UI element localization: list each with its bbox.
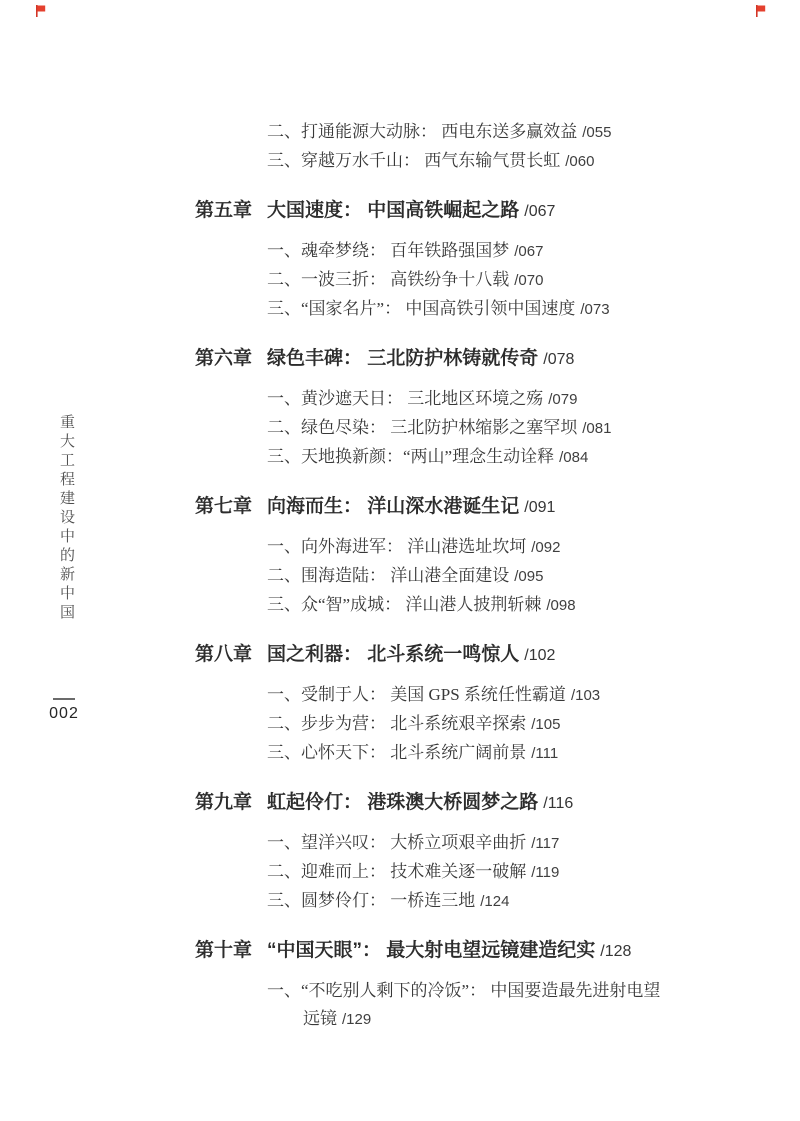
chapter-heading: 第五章大国速度： 中国高铁崛起之路/067 [195,198,661,225]
toc-subitem: 一、魂牵梦绕： 百年铁路强国梦/067 [195,237,661,266]
toc-subitem: 二、迎难而上： 技术难关逐一破解/119 [195,858,661,887]
chapter-heading: 第七章向海而生： 洋山深水港诞生记/091 [195,494,661,521]
subitem-title: 一、“不吃别人剩下的冷饭”： 中国要造最先进射电望远镜 [267,981,660,1028]
chapter-title: 绿色丰碑： 三北防护林铸就传奇 [267,346,538,372]
toc-chapter: 第六章绿色丰碑： 三北防护林铸就传奇/078 一、黄沙遮天日： 三北地区环境之殇… [195,346,661,472]
subitem-page-number: /124 [480,893,509,910]
subitem-title: 一、向外海进军： 洋山港选址坎坷 [267,537,526,556]
subitem-page-number: /092 [531,539,560,556]
chapter-title: 虹起伶仃： 港珠澳大桥圆梦之路 [267,790,538,816]
table-of-contents: 二、打通能源大动脉： 西电东送多赢效益/055三、穿越万水千山： 西气东输气贯长… [195,118,661,1034]
subitem-page-number: /129 [342,1011,371,1028]
subitem-title: 二、围海造陆： 洋山港全面建设 [267,566,509,585]
chapter-heading: 第六章绿色丰碑： 三北防护林铸就传奇/078 [195,346,661,373]
subitem-title: 一、望洋兴叹： 大桥立项艰辛曲折 [267,833,526,852]
chapter-label: 第八章 [195,642,267,668]
toc-subitem: 二、步步为营： 北斗系统艰辛探索/105 [195,710,661,739]
chapter-page-number: /102 [524,643,555,669]
toc-subitem: 三、“国家名片”： 中国高铁引领中国速度/073 [195,295,661,324]
subitem-title: 一、黄沙遮天日： 三北地区环境之殇 [267,389,543,408]
subitem-title: 三、心怀天下： 北斗系统广阔前景 [267,743,526,762]
chapter-page-number: /128 [600,939,631,965]
subitem-title: 三、“国家名片”： 中国高铁引领中国速度 [267,299,575,318]
toc-subitem: 二、打通能源大动脉： 西电东送多赢效益/055 [195,118,661,147]
toc-subitem: 一、黄沙遮天日： 三北地区环境之殇/079 [195,385,661,414]
page-number-block: 002 [48,698,80,723]
chapter-items: 一、黄沙遮天日： 三北地区环境之殇/079二、绿色尽染： 三北防护林缩影之塞罕坝… [195,385,661,472]
subitem-title: 三、众“智”成城： 洋山港人披荆斩棘 [267,595,541,614]
chapter-label: 第七章 [195,494,267,520]
subitem-page-number: /055 [582,124,611,141]
toc-chapter: 第九章虹起伶仃： 港珠澳大桥圆梦之路/116 一、望洋兴叹： 大桥立项艰辛曲折/… [195,790,661,916]
toc-subitem: 三、心怀天下： 北斗系统广阔前景/111 [195,739,661,768]
subitem-title: 三、圆梦伶仃： 一桥连三地 [267,891,475,910]
subitem-page-number: /105 [531,716,560,733]
toc-leading-items: 二、打通能源大动脉： 西电东送多赢效益/055三、穿越万水千山： 西气东输气贯长… [195,118,661,176]
chapter-label: 第六章 [195,346,267,372]
toc-subitem: 一、“不吃别人剩下的冷饭”： 中国要造最先进射电望远镜/129 [195,977,661,1034]
page-number: 002 [49,705,79,722]
chapter-items: 一、魂牵梦绕： 百年铁路强国梦/067二、一波三折： 高铁纷争十八载/070三、… [195,237,661,324]
toc-chapters: 第五章大国速度： 中国高铁崛起之路/067 一、魂牵梦绕： 百年铁路强国梦/06… [195,198,661,1034]
toc-subitem: 二、绿色尽染： 三北防护林缩影之塞罕坝/081 [195,414,661,443]
chapter-page-number: /116 [543,791,573,817]
chapter-items: 一、向外海进军： 洋山港选址坎坷/092二、围海造陆： 洋山港全面建设/095三… [195,533,661,620]
toc-chapter: 第五章大国速度： 中国高铁崛起之路/067 一、魂牵梦绕： 百年铁路强国梦/06… [195,198,661,324]
chapter-items: 一、“不吃别人剩下的冷饭”： 中国要造最先进射电望远镜/129 [195,977,661,1034]
subitem-page-number: /081 [582,420,611,437]
subitem-page-number: /073 [580,301,609,318]
subitem-title: 一、受制于人： 美国 GPS 系统任性霸道 [267,685,566,704]
subitem-page-number: /084 [559,449,588,466]
toc-subitem: 三、圆梦伶仃： 一桥连三地/124 [195,887,661,916]
toc-chapter: 第十章“中国天眼”： 最大射电望远镜建造纪实/128 一、“不吃别人剩下的冷饭”… [195,938,661,1034]
subitem-page-number: /111 [531,745,558,762]
toc-subitem: 一、望洋兴叹： 大桥立项艰辛曲折/117 [195,829,661,858]
subitem-title: 二、迎难而上： 技术难关逐一破解 [267,862,526,881]
subitem-page-number: /079 [548,391,577,408]
chapter-title: 大国速度： 中国高铁崛起之路 [267,198,519,224]
subitem-page-number: /095 [514,568,543,585]
book-page: 重大工程建设中的新中国 002 二、打通能源大动脉： 西电东送多赢效益/055三… [0,0,800,1121]
chapter-items: 一、受制于人： 美国 GPS 系统任性霸道/103二、步步为营： 北斗系统艰辛探… [195,681,661,768]
subitem-title: 二、步步为营： 北斗系统艰辛探索 [267,714,526,733]
toc-subitem: 三、众“智”成城： 洋山港人披荆斩棘/098 [195,591,661,620]
subitem-title: 二、绿色尽染： 三北防护林缩影之塞罕坝 [267,418,577,437]
subitem-title: 三、穿越万水千山： 西气东输气贯长虹 [267,151,560,170]
chapter-label: 第九章 [195,790,267,816]
chapter-page-number: /078 [543,347,574,373]
toc-subitem: 三、穿越万水千山： 西气东输气贯长虹/060 [195,147,661,176]
folio-divider [53,698,75,700]
subitem-title: 二、一波三折： 高铁纷争十八载 [267,270,509,289]
chapter-heading: 第九章虹起伶仃： 港珠澳大桥圆梦之路/116 [195,790,661,817]
chapter-title: “中国天眼”： 最大射电望远镜建造纪实 [267,938,595,964]
chapter-heading: 第十章“中国天眼”： 最大射电望远镜建造纪实/128 [195,938,661,965]
toc-subitem: 二、一波三折： 高铁纷争十八载/070 [195,266,661,295]
subitem-page-number: /103 [571,687,600,704]
chapter-label: 第十章 [195,938,267,964]
subitem-page-number: /067 [514,243,543,260]
toc-subitem: 二、围海造陆： 洋山港全面建设/095 [195,562,661,591]
toc-chapter: 第七章向海而生： 洋山深水港诞生记/091 一、向外海进军： 洋山港选址坎坷/0… [195,494,661,620]
red-flag-icon [35,4,46,16]
book-spine-title: 重大工程建设中的新中国 [56,414,77,623]
chapter-items: 一、望洋兴叹： 大桥立项艰辛曲折/117二、迎难而上： 技术难关逐一破解/119… [195,829,661,916]
subitem-page-number: /060 [565,153,594,170]
subitem-title: 二、打通能源大动脉： 西电东送多赢效益 [267,122,577,141]
toc-chapter: 第八章国之利器： 北斗系统一鸣惊人/102 一、受制于人： 美国 GPS 系统任… [195,642,661,768]
toc-subitem: 一、受制于人： 美国 GPS 系统任性霸道/103 [195,681,661,710]
chapter-title: 向海而生： 洋山深水港诞生记 [267,494,519,520]
toc-subitem: 一、向外海进军： 洋山港选址坎坷/092 [195,533,661,562]
subitem-page-number: /098 [546,597,575,614]
red-flag-icon [755,4,766,16]
chapter-page-number: /067 [524,199,555,225]
chapter-title: 国之利器： 北斗系统一鸣惊人 [267,642,519,668]
subitem-title: 一、魂牵梦绕： 百年铁路强国梦 [267,241,509,260]
subitem-page-number: /117 [531,835,559,852]
chapter-page-number: /091 [524,495,555,521]
toc-subitem: 三、天地换新颜：“两山”理念生动诠释/084 [195,443,661,472]
subitem-page-number: /070 [514,272,543,289]
subitem-page-number: /119 [531,864,559,881]
chapter-heading: 第八章国之利器： 北斗系统一鸣惊人/102 [195,642,661,669]
subitem-title: 三、天地换新颜：“两山”理念生动诠释 [267,447,554,466]
chapter-label: 第五章 [195,198,267,224]
